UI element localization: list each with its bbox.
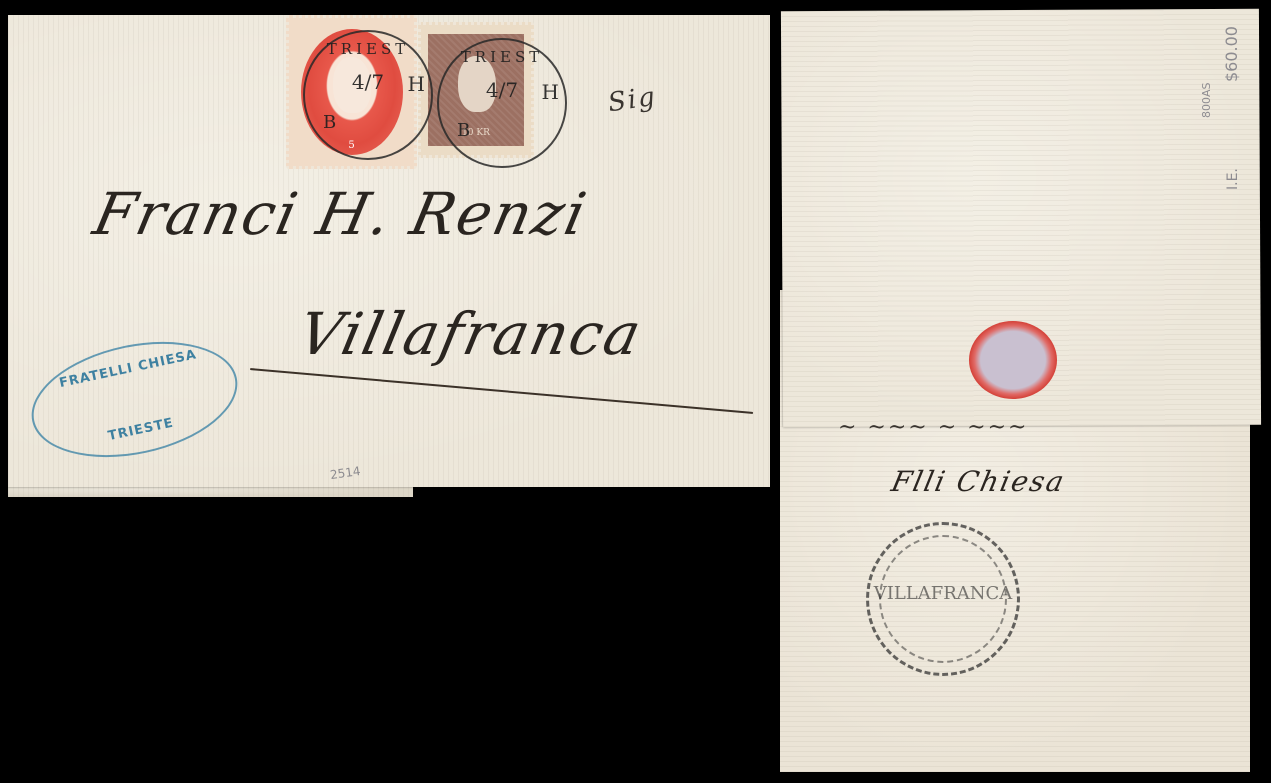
address-town: Villafranca bbox=[293, 300, 649, 368]
postmark-town: TRIEST bbox=[305, 40, 431, 58]
postmark-side-letter: H bbox=[408, 72, 425, 96]
receiving-postmark: VILLAFRANCA bbox=[866, 522, 1020, 676]
pencil-initials: I.E. bbox=[1225, 168, 1241, 190]
postmark-town: TRIEST bbox=[439, 48, 565, 66]
back-partial-text: ~ ~~~ ~ ~~~ bbox=[838, 415, 1028, 440]
receiving-postmark-town: VILLAFRANCA bbox=[869, 583, 1017, 604]
postmark-letter: B bbox=[457, 120, 470, 141]
address-recipient: Franci H. Renzi bbox=[88, 180, 594, 248]
back-signature: Flli Chiesa bbox=[888, 465, 1068, 498]
wax-seal bbox=[969, 321, 1057, 399]
postmark-letter: B bbox=[323, 112, 336, 133]
pencil-code: 800AS bbox=[1200, 82, 1213, 118]
postmark-triest-1: TRIEST 4/7 B H bbox=[303, 30, 433, 160]
pencil-price: $60.00 bbox=[1222, 26, 1241, 82]
postmark-triest-2: TRIEST 4/7 B H bbox=[437, 38, 567, 168]
postmark-side-letter: H bbox=[542, 80, 559, 104]
